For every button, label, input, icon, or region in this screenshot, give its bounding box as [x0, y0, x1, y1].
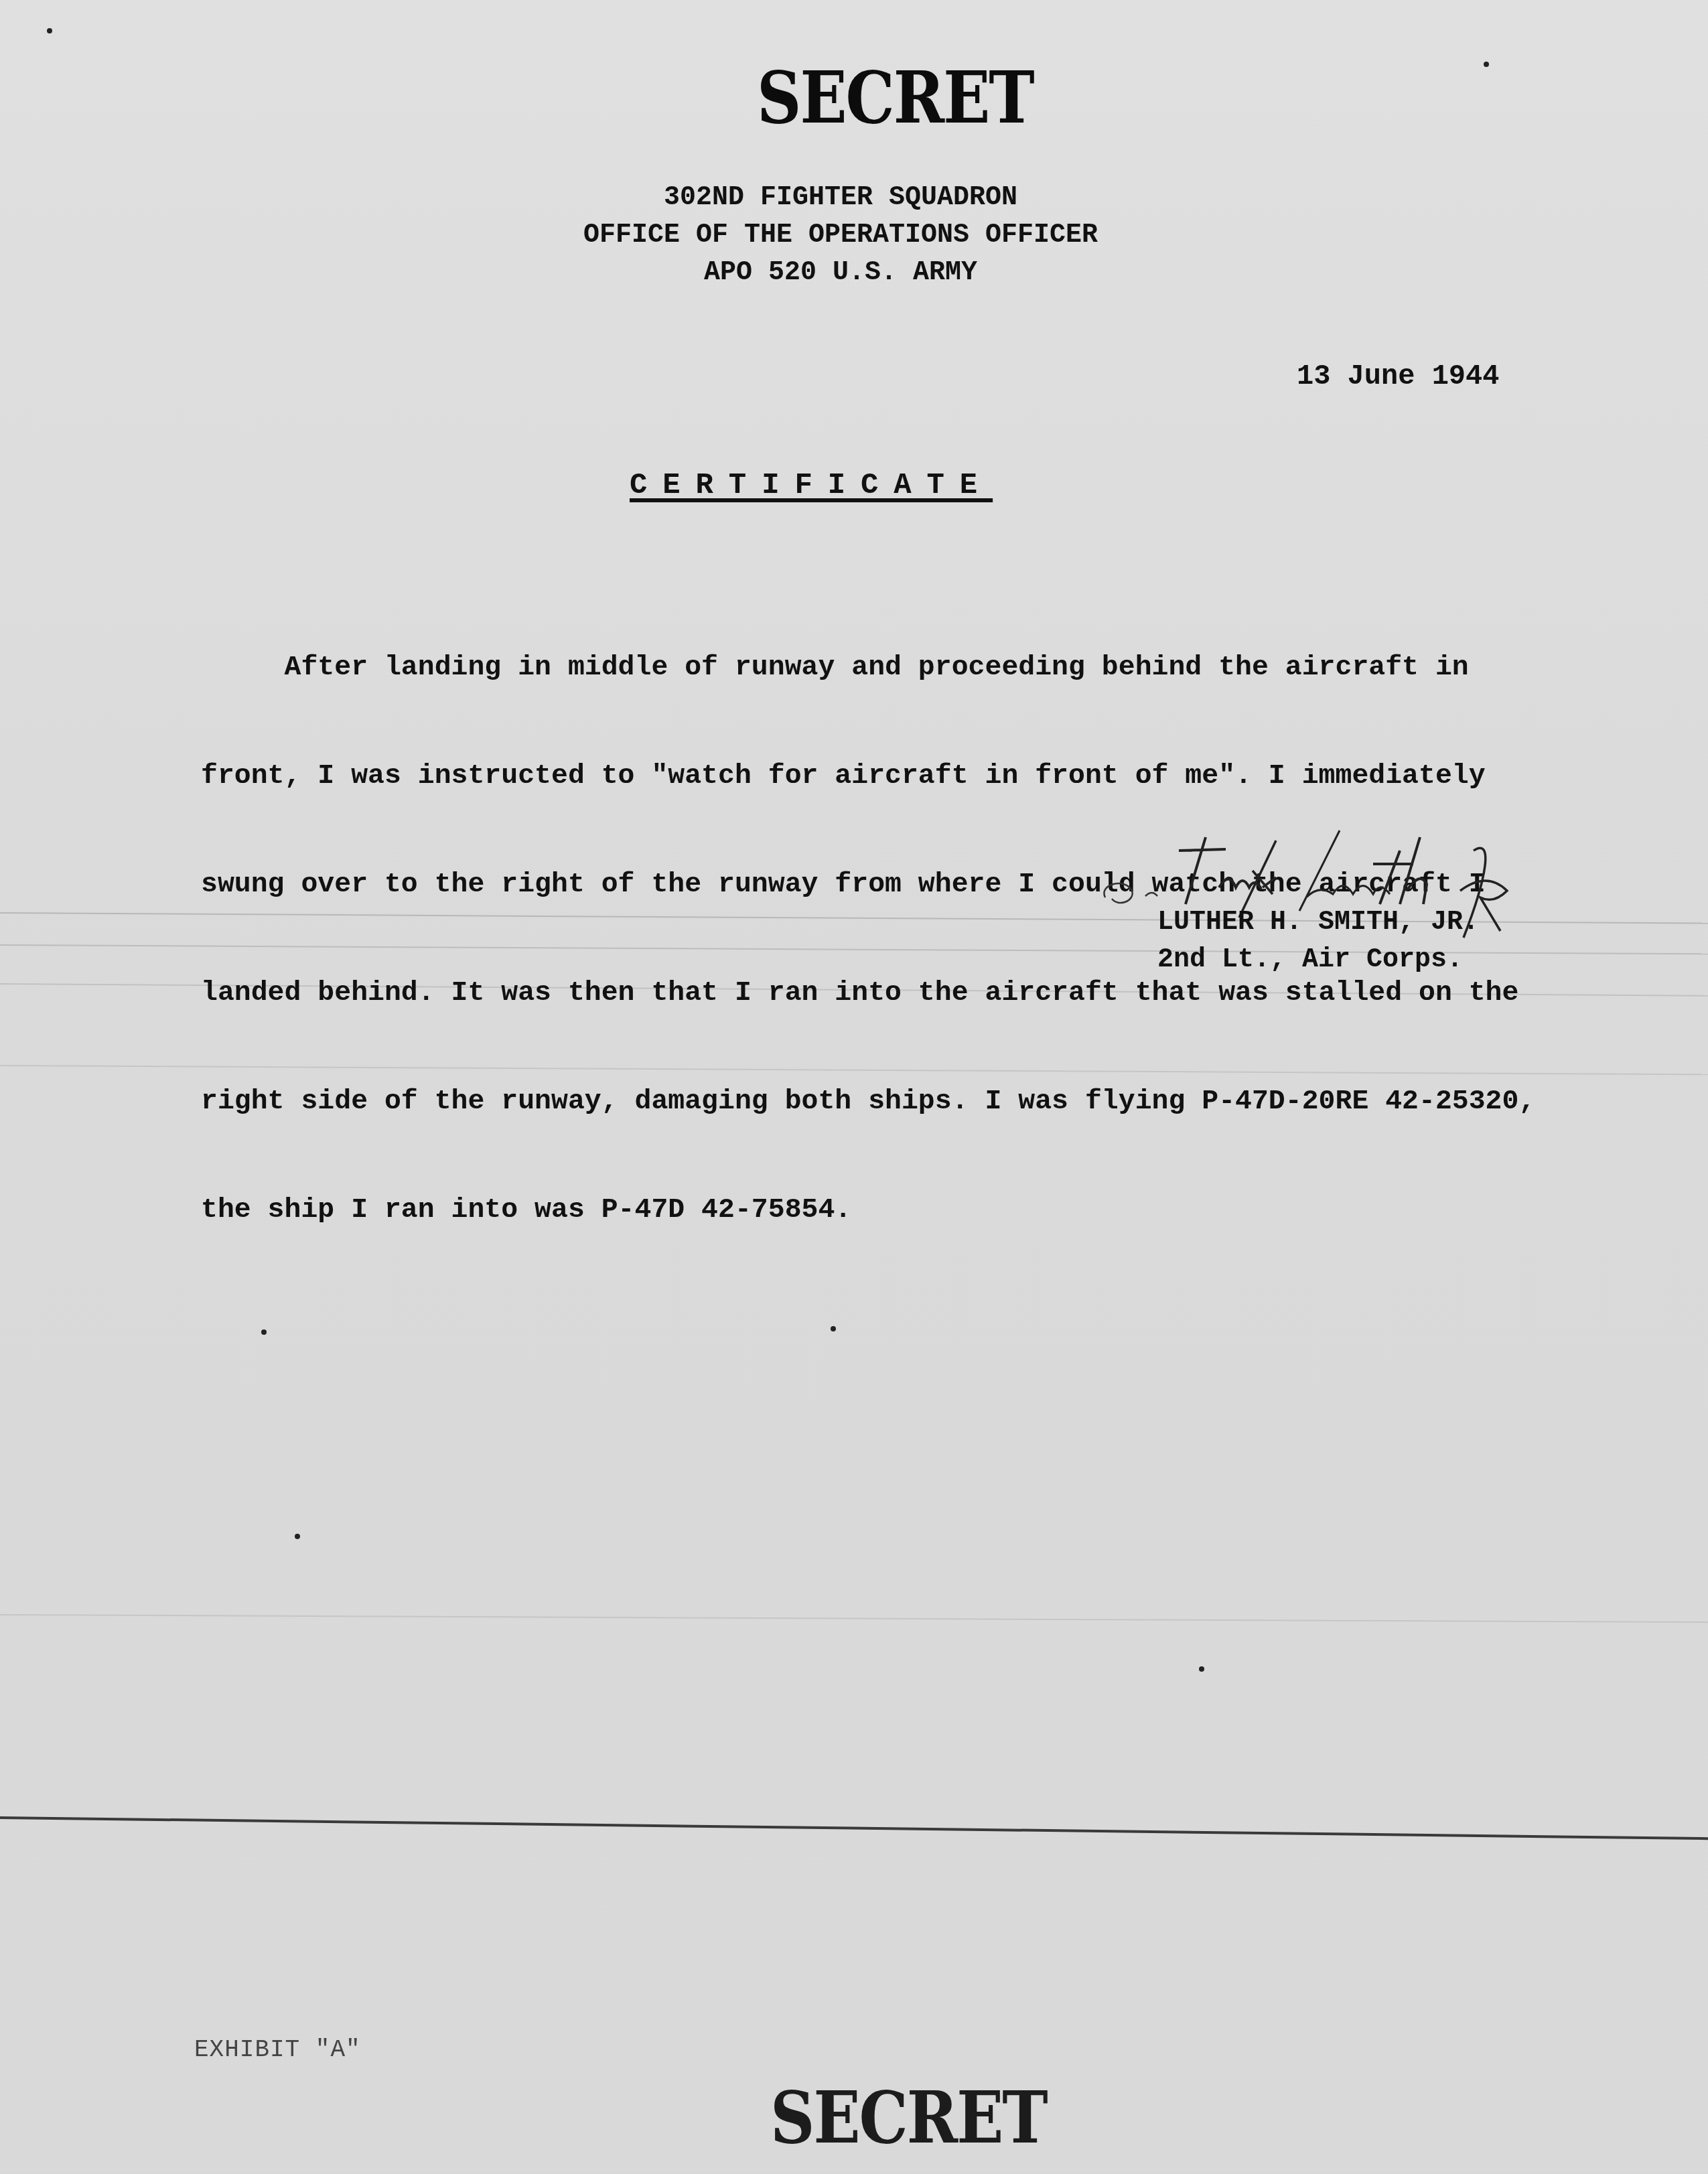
speck — [831, 1326, 836, 1331]
signer-rank: 2nd Lt., Air Corps. — [1157, 942, 1479, 979]
document-title: CERTIFICATE — [630, 469, 993, 502]
letterhead-unit: 302ND FIGHTER SQUADRON — [0, 179, 1708, 217]
body-line: right side of the runway, damaging both … — [201, 1084, 1654, 1120]
signer-name: LUTHER H. SMITH, JR. — [1157, 904, 1479, 942]
speck — [47, 28, 52, 33]
body-line: the ship I ran into was P-47D 42-75854. — [201, 1192, 1654, 1228]
body-line: front, I was instructed to "watch for ai… — [201, 758, 1654, 794]
speck — [261, 1329, 267, 1335]
body-line: landed behind. It was then that I ran in… — [201, 975, 1654, 1011]
body-line: After landing in middle of runway and pr… — [201, 650, 1654, 686]
classification-stamp-bottom: SECRET — [770, 2076, 1047, 2159]
document-date: 13 June 1944 — [1297, 360, 1499, 392]
document-page: SECRET 302ND FIGHTER SQUADRON OFFICE OF … — [0, 0, 1708, 2174]
classification-stamp-top: SECRET — [757, 56, 1034, 139]
scan-line — [0, 1614, 1708, 1623]
fold-line — [0, 1816, 1708, 1841]
exhibit-label: EXHIBIT "A" — [194, 2036, 361, 2063]
signature-block: LUTHER H. SMITH, JR. 2nd Lt., Air Corps. — [1157, 904, 1479, 979]
speck — [1199, 1666, 1204, 1672]
letterhead-office: OFFICE OF THE OPERATIONS OFFICER — [0, 217, 1708, 255]
speck — [295, 1534, 300, 1539]
speck — [1484, 62, 1489, 67]
letterhead: 302ND FIGHTER SQUADRON OFFICE OF THE OPE… — [0, 179, 1708, 292]
letterhead-address: APO 520 U.S. ARMY — [0, 255, 1708, 292]
